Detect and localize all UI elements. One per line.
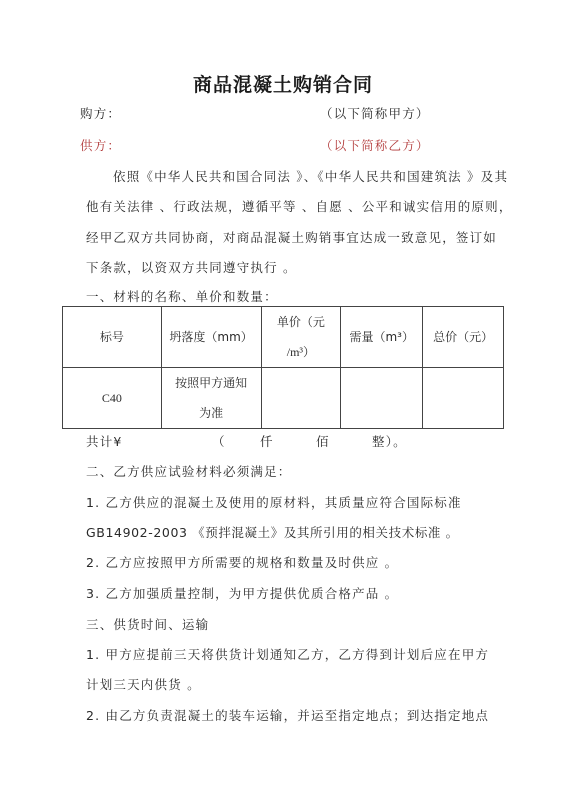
cell-unit-price[interactable] (261, 368, 341, 429)
document-title: 商品混凝土购销合同 (0, 70, 566, 97)
total-bai: 佰 (316, 432, 330, 450)
header-unit-price-line2: /m³） (262, 337, 341, 367)
section2-heading: 二、乙方供应试验材料必须满足： (86, 462, 292, 480)
section2-item-1: 1. 乙方供应的混凝土及使用的原材料，其质量应符合国际标准 (86, 493, 462, 511)
total-paren-open: （ (212, 432, 226, 450)
buyer-note: （以下简称甲方） (320, 104, 430, 122)
total-zheng: 整）。 (372, 432, 407, 450)
cell-quantity[interactable] (341, 368, 423, 429)
buyer-label: 购方： (80, 104, 121, 122)
header-unit-price-line1: 单价（元 (262, 307, 341, 337)
header-slump: 坍落度（mm） (161, 307, 261, 368)
section2-item-2: 2. 乙方应按照甲方所需要的规格和数量及时供应 。 (86, 553, 398, 571)
header-quantity: 需量（m³） (341, 307, 423, 368)
cell-slump-line1: 按照甲方通知 (162, 368, 261, 398)
materials-table: 标号 坍落度（mm） 单价（元 /m³） 需量（m³） 总价（元） C40 按照… (62, 306, 504, 429)
header-unit-price: 单价（元 /m³） (261, 307, 341, 368)
section3-heading: 三、供货时间、运输 (86, 615, 209, 633)
preamble-line-4: 下条款，以资双方共同遵守执行 。 (86, 258, 297, 276)
section2-item-3: 3. 乙方加强质量控制，为甲方提供优质合格产品 。 (86, 584, 398, 602)
cell-slump-line2: 为准 (162, 398, 261, 428)
supplier-label: 供方： (80, 136, 121, 154)
preamble-line-1: 依照《中华人民共和国合同法 》、《中华人民共和国建筑法 》及其 (113, 167, 508, 185)
cell-total[interactable] (423, 368, 504, 429)
section3-item-1: 1. 甲方应提前三天将供货计划通知乙方，乙方得到计划后应在甲方 (86, 645, 489, 663)
section3-item-1-cont: 计划三天内供货 。 (86, 675, 201, 693)
preamble-line-2: 他有关法律 、行政法规，遵循平等 、自愿 、公平和诚实信用的原则， (86, 197, 513, 215)
cell-grade: C40 (63, 368, 162, 429)
section3-item-2: 2. 由乙方负责混凝土的装车运输，并运至指定地点；到达指定地点 (86, 706, 489, 724)
section1-heading: 一、材料的名称、单价和数量： (86, 287, 278, 305)
preamble-line-3: 经甲乙双方共同协商，对商品混凝土购销事宜达成一致意见，签订如 (86, 228, 497, 246)
table-row: C40 按照甲方通知 为准 (63, 368, 504, 429)
total-qian: 仟 (260, 432, 274, 450)
table-header-row: 标号 坍落度（mm） 单价（元 /m³） 需量（m³） 总价（元） (63, 307, 504, 368)
cell-slump: 按照甲方通知 为准 (161, 368, 261, 429)
total-prefix: 共计¥ (86, 432, 123, 450)
header-total: 总价（元） (423, 307, 504, 368)
header-grade: 标号 (63, 307, 162, 368)
supplier-note: （以下简称乙方） (320, 136, 430, 154)
section2-item-1-cont: GB14902-2003 《预拌混凝土》及其所引用的相关技术标准 。 (86, 523, 459, 541)
